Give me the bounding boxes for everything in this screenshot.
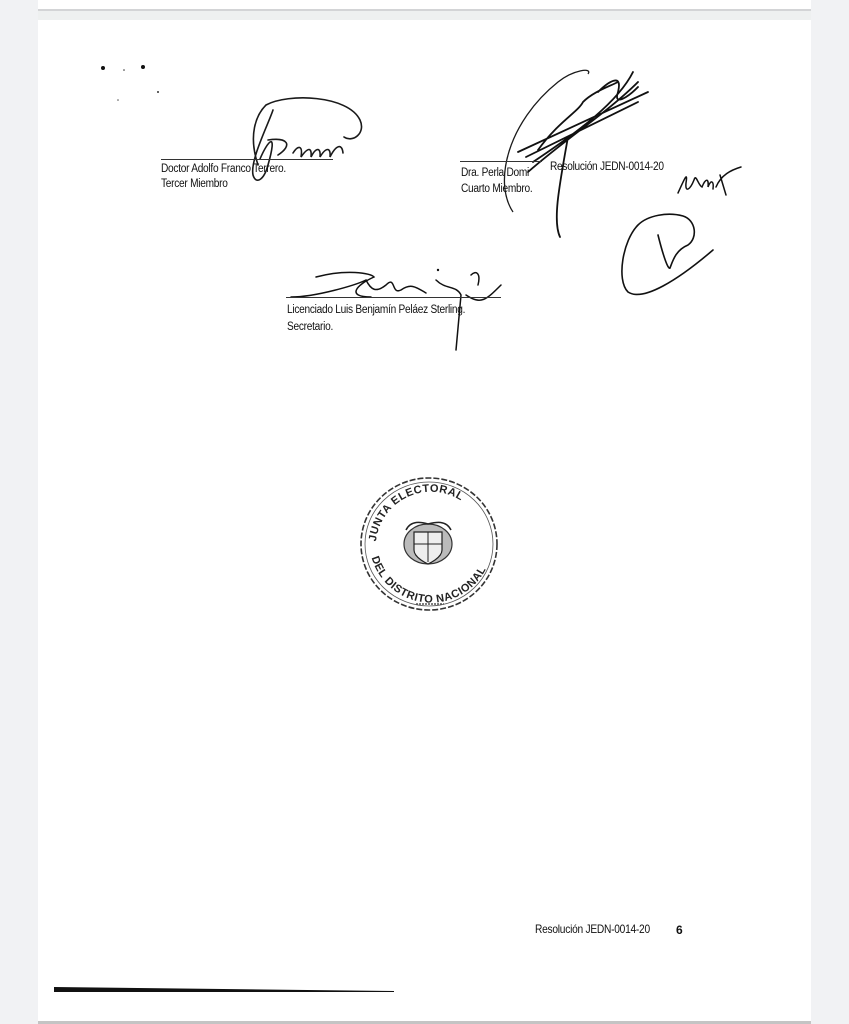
signature-line-1 — [161, 159, 333, 160]
scan-specks — [98, 60, 178, 120]
signatory-name-2: Dra. Perla Domi — [461, 166, 529, 180]
official-seal: JUNTA ELECTORAL DEL DISTRITO NACIONAL — [356, 472, 502, 616]
rubric-mark — [618, 210, 718, 305]
signature-line-3 — [286, 297, 501, 298]
signatory-role-3: Secretario. — [287, 320, 333, 334]
initials-mark — [676, 165, 746, 200]
page-number: 6 — [676, 923, 683, 937]
footer-resolution-reference: Resolución JEDN-0014-20 — [535, 922, 650, 936]
bottom-rule — [54, 987, 394, 993]
overlapping-resolution-reference: Resolución JEDN-0014-20 — [550, 160, 664, 174]
previous-page-edge — [38, 0, 811, 11]
signature-domi — [498, 62, 698, 222]
signatory-name-3: Licenciado Luis Benjamín Peláez Sterling… — [287, 303, 465, 317]
document-page: Doctor Adolfo Franco Terrero. Tercer Mie… — [38, 20, 811, 1021]
signature-line-2 — [460, 161, 542, 162]
coat-of-arms-icon — [404, 522, 452, 564]
page-gap — [38, 11, 811, 20]
signatory-role-1: Tercer Miembro — [161, 177, 228, 191]
signatory-name-1: Doctor Adolfo Franco Terrero. — [161, 162, 286, 176]
signatory-role-2: Cuarto Miembro. — [461, 182, 532, 196]
